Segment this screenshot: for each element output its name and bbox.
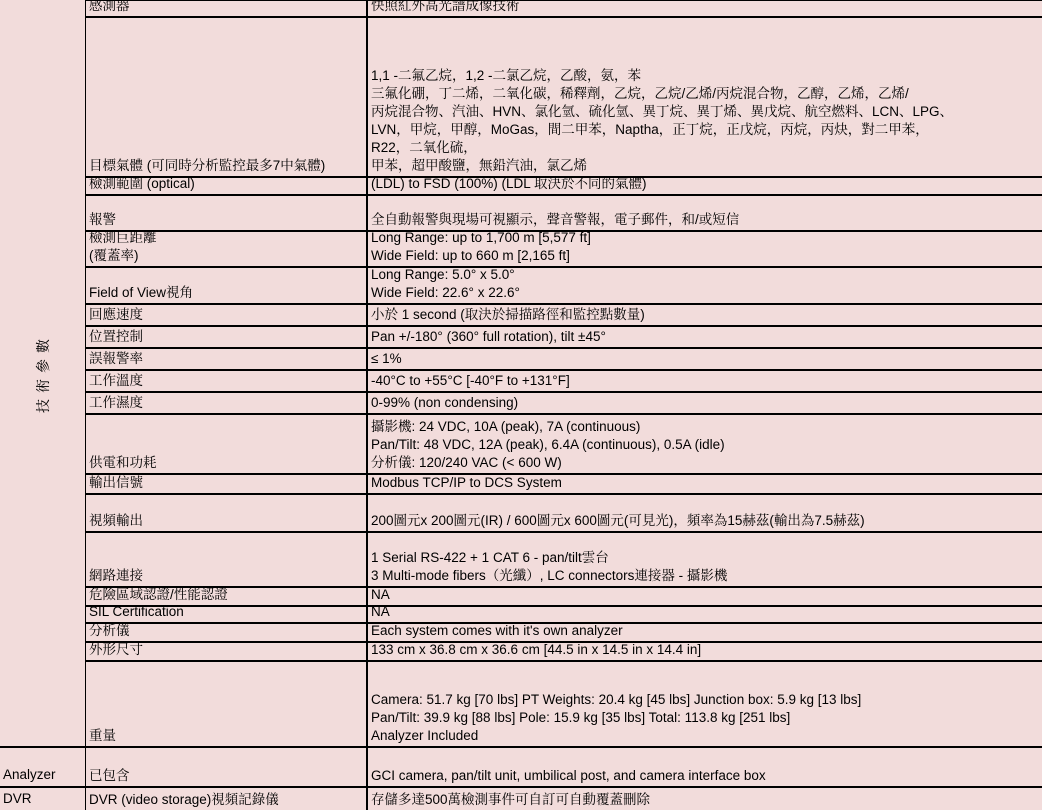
spec-value-output-signal: Modbus TCP/IP to DCS System <box>368 475 1042 495</box>
spec-label-detection-distance: 檢測巨距離 (覆蓋率) <box>86 232 368 268</box>
spec-value-network-connection: 1 Serial RS-422 + 1 CAT 6 - pan/tilt雲台 3… <box>368 533 1042 588</box>
spec-label-dvr-storage: DVR (video storage)視頻記錄儀 <box>86 788 368 810</box>
spec-value-weight: Camera: 51.7 kg [70 lbs] PT Weights: 20.… <box>368 662 1042 748</box>
category-cell-dvr: DVR <box>0 788 86 810</box>
spec-label-hazardous-certification: 危險區域認證/性能認證 <box>86 588 368 607</box>
spec-label-operating-temperature: 工作溫度 <box>86 371 368 393</box>
spec-label-analyzer-info: 分析儀 <box>86 624 368 643</box>
spec-value-power: 攝影機: 24 VDC, 10A (peak), 7A (continuous)… <box>368 415 1042 475</box>
spec-label-sil-certification: SIL Certification <box>86 607 368 624</box>
spec-value-analyzer-info: Each system comes with it's own analyzer <box>368 624 1042 643</box>
spec-value-field-of-view: Long Range: 5.0° x 5.0° Wide Field: 22.6… <box>368 268 1042 305</box>
spec-label-included: 已包含 <box>86 748 368 788</box>
spec-value-operating-temperature: -40°C to +55°C [-40°F to +131°F] <box>368 371 1042 393</box>
category-label-dvr: DVR <box>3 790 83 808</box>
spec-value-detection-distance: Long Range: up to 1,700 m [5,577 ft] Wid… <box>368 232 1042 268</box>
spec-value-alarm: 全自動報警與現場可視顯示，聲音警報，電子郵件，和/或短信 <box>368 196 1042 232</box>
category-cell-tech-params: 技術參數 <box>0 0 86 748</box>
spec-label-target-gases: 目標氣體 (可同時分析監控最多7中氣體) <box>86 18 368 178</box>
category-cell-analyzer: Analyzer <box>0 748 86 788</box>
spec-sheet: 技術參數 感測器 快照紅外高光譜成像技術 目標氣體 (可同時分析監控最多7中氣體… <box>0 0 1042 810</box>
spec-value-detection-range: (LDL) to FSD (100%) (LDL 取決於不同的氣體) <box>368 178 1042 196</box>
spec-value-hazardous-certification: NA <box>368 588 1042 607</box>
category-label-tech-params: 技術參數 <box>34 333 52 413</box>
spec-value-sensor: 快照紅外高光譜成像技術 <box>368 0 1042 18</box>
spec-label-sensor: 感測器 <box>86 0 368 18</box>
spec-value-dvr-storage: 存儲多達500萬檢測事件可自訂可自動覆蓋刪除 <box>368 788 1042 810</box>
spec-value-response-speed: 小於 1 second (取決於掃描路徑和監控點數量) <box>368 305 1042 327</box>
spec-value-false-alarm-rate: ≤ 1% <box>368 349 1042 371</box>
spec-label-field-of-view: Field of View視角 <box>86 268 368 305</box>
spec-label-weight: 重量 <box>86 662 368 748</box>
spec-label-detection-range: 檢測範圍 (optical) <box>86 178 368 196</box>
spec-value-included: GCI camera, pan/tilt unit, umbilical pos… <box>368 748 1042 788</box>
category-label-analyzer: Analyzer <box>3 766 83 784</box>
spec-label-alarm: 報警 <box>86 196 368 232</box>
spec-value-video-output: 200圖元x 200圖元(IR) / 600圖元x 600圖元(可見光)，頻率為… <box>368 495 1042 533</box>
spec-table: 技術參數 感測器 快照紅外高光譜成像技術 目標氣體 (可同時分析監控最多7中氣體… <box>0 0 1042 810</box>
spec-value-position-control: Pan +/-180° (360° full rotation), tilt ±… <box>368 327 1042 349</box>
spec-label-operating-humidity: 工作濕度 <box>86 393 368 415</box>
spec-label-power: 供電和功耗 <box>86 415 368 475</box>
spec-value-sil-certification: NA <box>368 607 1042 624</box>
spec-label-network-connection: 網路連接 <box>86 533 368 588</box>
spec-label-response-speed: 回應速度 <box>86 305 368 327</box>
spec-value-dimensions: 133 cm x 36.8 cm x 36.6 cm [44.5 in x 14… <box>368 643 1042 662</box>
spec-value-operating-humidity: 0-99% (non condensing) <box>368 393 1042 415</box>
spec-value-target-gases: 1,1 -二氟乙烷，1,2 -二氯乙烷，乙酸，氨，苯 三氟化硼，丁二烯，二氧化碳… <box>368 18 1042 178</box>
spec-label-false-alarm-rate: 誤報警率 <box>86 349 368 371</box>
spec-label-video-output: 視頻輸出 <box>86 495 368 533</box>
spec-label-position-control: 位置控制 <box>86 327 368 349</box>
spec-label-dimensions: 外形尺寸 <box>86 643 368 662</box>
spec-label-output-signal: 輸出信號 <box>86 475 368 495</box>
